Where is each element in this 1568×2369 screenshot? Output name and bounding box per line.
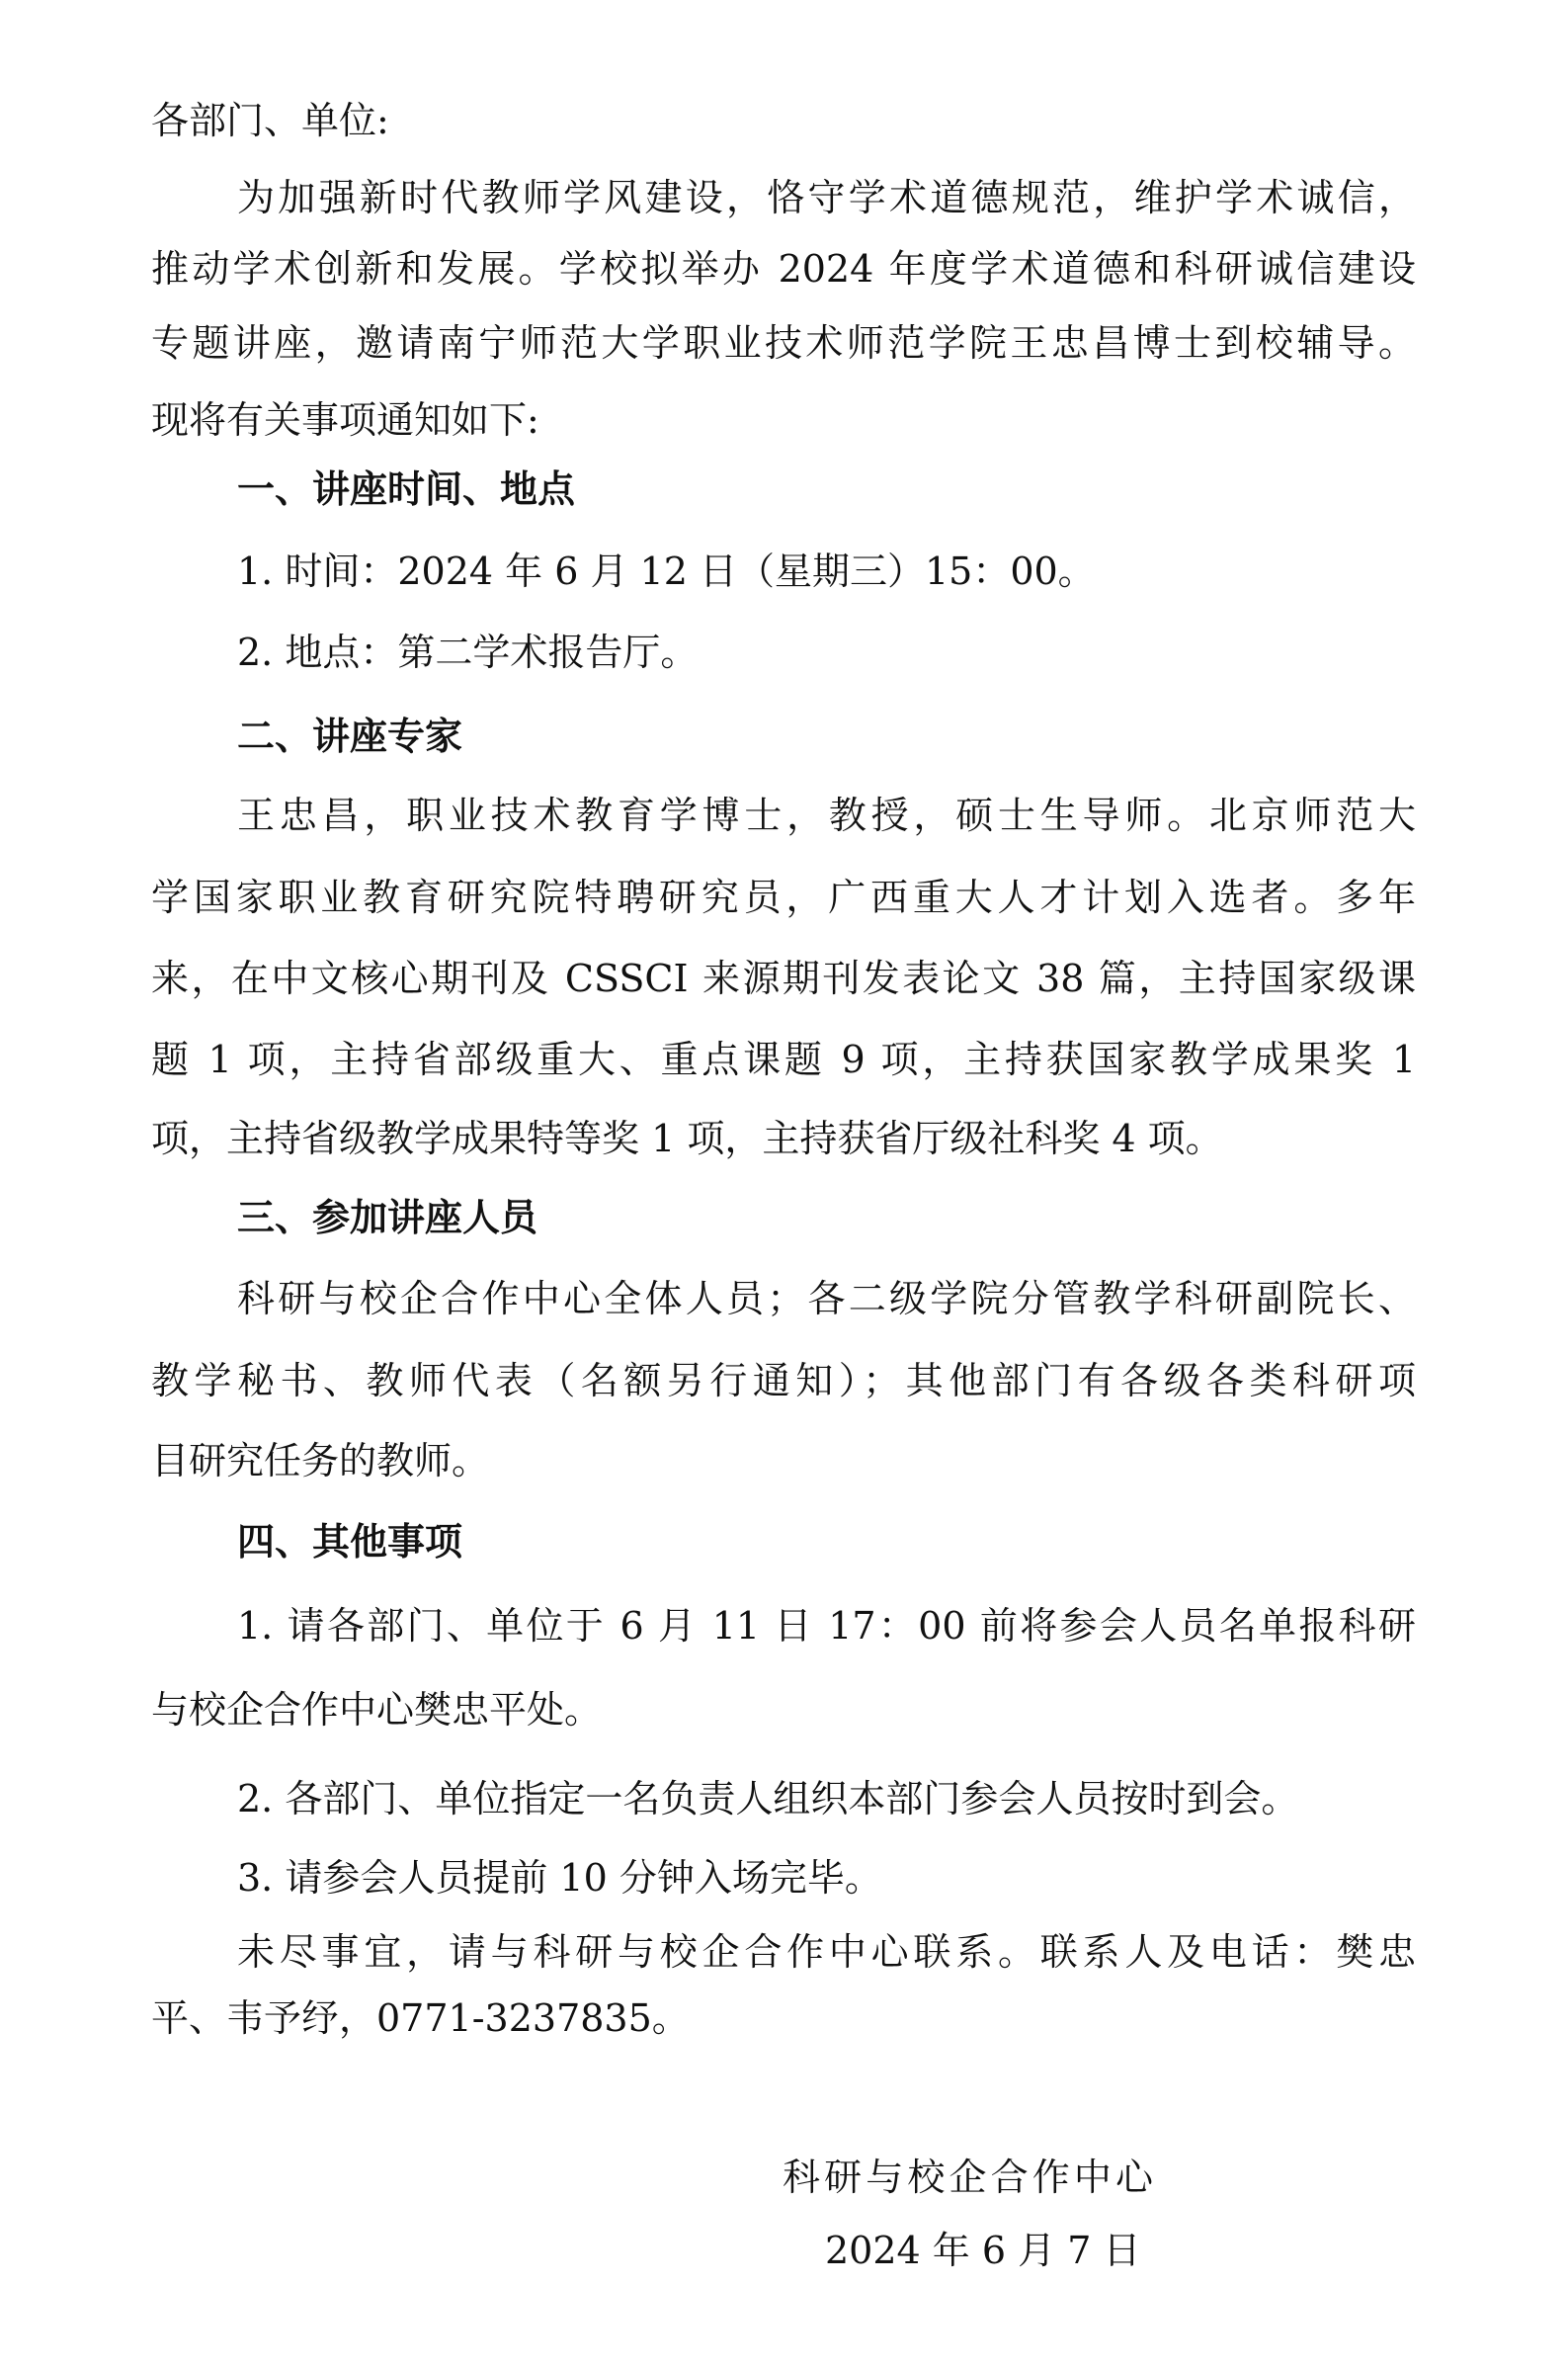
document-page: 各部门、单位: 为加强新时代教师学风建设，恪守学术道德规范，维护学术诚信， 推动… (0, 0, 1568, 2369)
section-3-line-2: 教学秘书、教师代表（名额另行通知）；其他部门有各级各类科研项 (151, 1356, 1416, 1405)
intro-line-4: 现将有关事项通知如下: (151, 395, 1416, 445)
intro-line-3: 专题讲座，邀请南宁师范大学职业技术师范学院王忠昌博士到校辅导。 (151, 318, 1416, 368)
closing-line-1: 未尽事宜，请与科研与校企合作中心联系。联系人及电话：樊忠 (237, 1927, 1416, 1977)
section-2-line-5: 项，主持省级教学成果特等奖 1 项，主持获省厅级社科奖 4 项。 (151, 1114, 1416, 1163)
section-2-line-4: 题 1 项，主持省部级重大、重点课题 9 项，主持获国家教学成果奖 1 (151, 1035, 1416, 1084)
section-4-line-1: 1. 请各部门、单位于 6 月 11 日 17：00 前将参会人员名单报科研 (237, 1601, 1416, 1650)
salutation: 各部门、单位: (151, 96, 1416, 145)
section-1-line-2: 2. 地点：第二学术报告厅。 (237, 628, 1416, 677)
section-3-line-1: 科研与校企合作中心全体人员；各二级学院分管教学科研副院长、 (237, 1274, 1416, 1323)
intro-line-2: 推动学术创新和发展。学校拟举办 2024 年度学术道德和科研诚信建设 (151, 244, 1416, 294)
section-4-line-4: 3. 请参会人员提前 10 分钟入场完毕。 (237, 1853, 1416, 1903)
intro-line-1: 为加强新时代教师学风建设，恪守学术道德规范，维护学术诚信， (237, 173, 1416, 222)
signature-date: 2024 年 6 月 7 日 (825, 2226, 1118, 2275)
section-heading-3: 三、参加讲座人员 (237, 1193, 1416, 1242)
section-3-line-3: 目研究任务的教师。 (151, 1436, 1416, 1485)
closing-line-2: 平、韦予纾，0771-3237835。 (151, 1993, 1416, 2043)
section-2-line-3: 来，在中文核心期刊及 CSSCI 来源期刊发表论文 38 篇，主持国家级课 (151, 954, 1416, 1003)
section-4-line-2: 与校企合作中心樊忠平处。 (151, 1685, 1416, 1734)
section-heading-4: 四、其他事项 (237, 1517, 1416, 1566)
section-heading-2: 二、讲座专家 (237, 712, 1416, 761)
section-2-line-1: 王忠昌，职业技术教育学博士，教授，硕士生导师。北京师范大 (237, 791, 1416, 840)
section-1-line-1: 1. 时间：2024 年 6 月 12 日（星期三）15：00。 (237, 547, 1416, 596)
signature-organization: 科研与校企合作中心 (783, 2153, 1153, 2202)
section-4-line-3: 2. 各部门、单位指定一名负责人组织本部门参会人员按时到会。 (237, 1774, 1416, 1823)
section-2-line-2: 学国家职业教育研究院特聘研究员，广西重大人才计划入选者。多年 (151, 873, 1416, 922)
section-heading-1: 一、讲座时间、地点 (237, 465, 1416, 514)
